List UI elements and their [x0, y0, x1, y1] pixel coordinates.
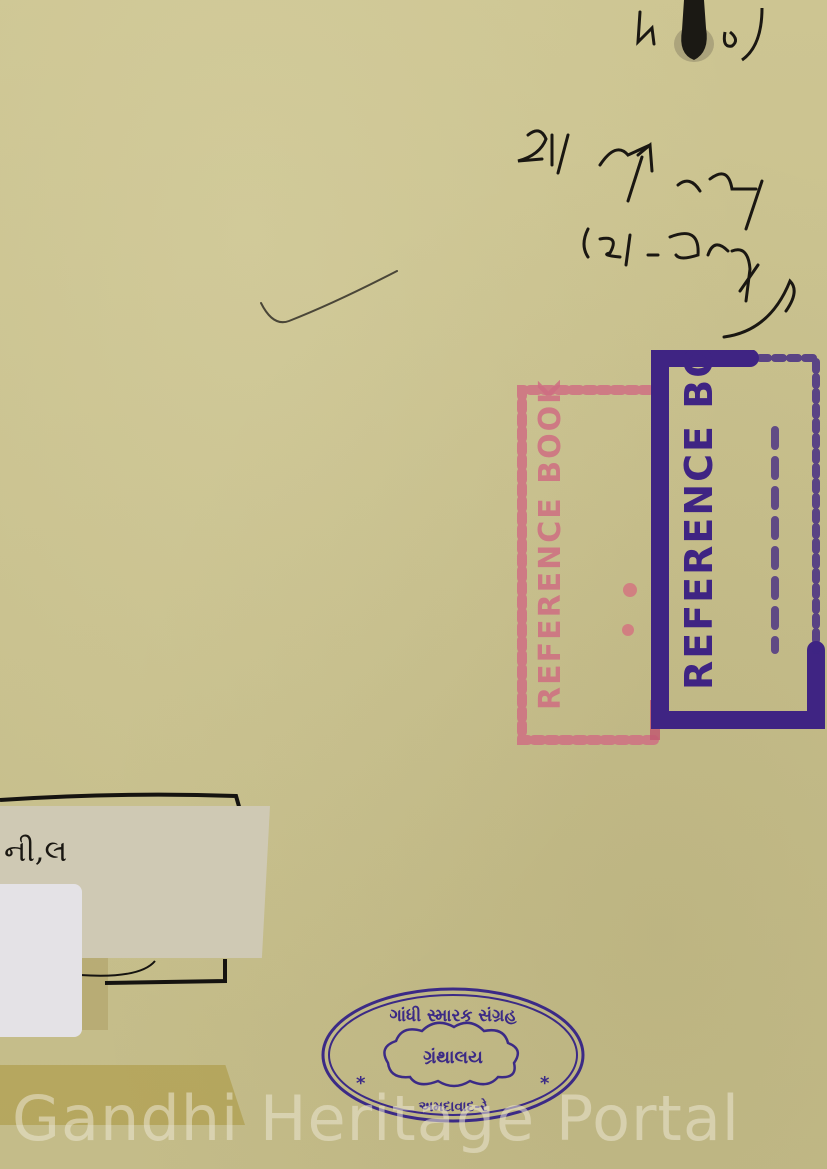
watermark: Gandhi Heritage Portal: [12, 1082, 812, 1155]
svg-text:ગ્રંથાલય: ગ્રંથાલય: [423, 1047, 483, 1068]
svg-text:REFERENCE BOOK: REFERENCE BOOK: [677, 350, 721, 690]
label-handwriting: ની,લ: [4, 834, 67, 869]
pencil-checkmark: [255, 265, 405, 335]
svg-text:ગાંધી સ્મારક સંગ્રહ: ગાંધી સ્મારક સંગ્રહ: [389, 1005, 517, 1026]
purple-reference-stamp: REFERENCE BOOK: [640, 350, 827, 730]
white-sticker: [0, 884, 82, 1037]
handwritten-title: આત્મકથા (બીજું પ્રકરણ): [500, 105, 820, 345]
book-back-cover: મુંબૈ: [0, 0, 827, 1169]
svg-text:REFERENCE BOOK: REFERENCE BOOK: [533, 380, 568, 710]
handwritten-top-note: મુંબૈ: [630, 6, 770, 64]
ink-border-bottom: [80, 955, 230, 995]
